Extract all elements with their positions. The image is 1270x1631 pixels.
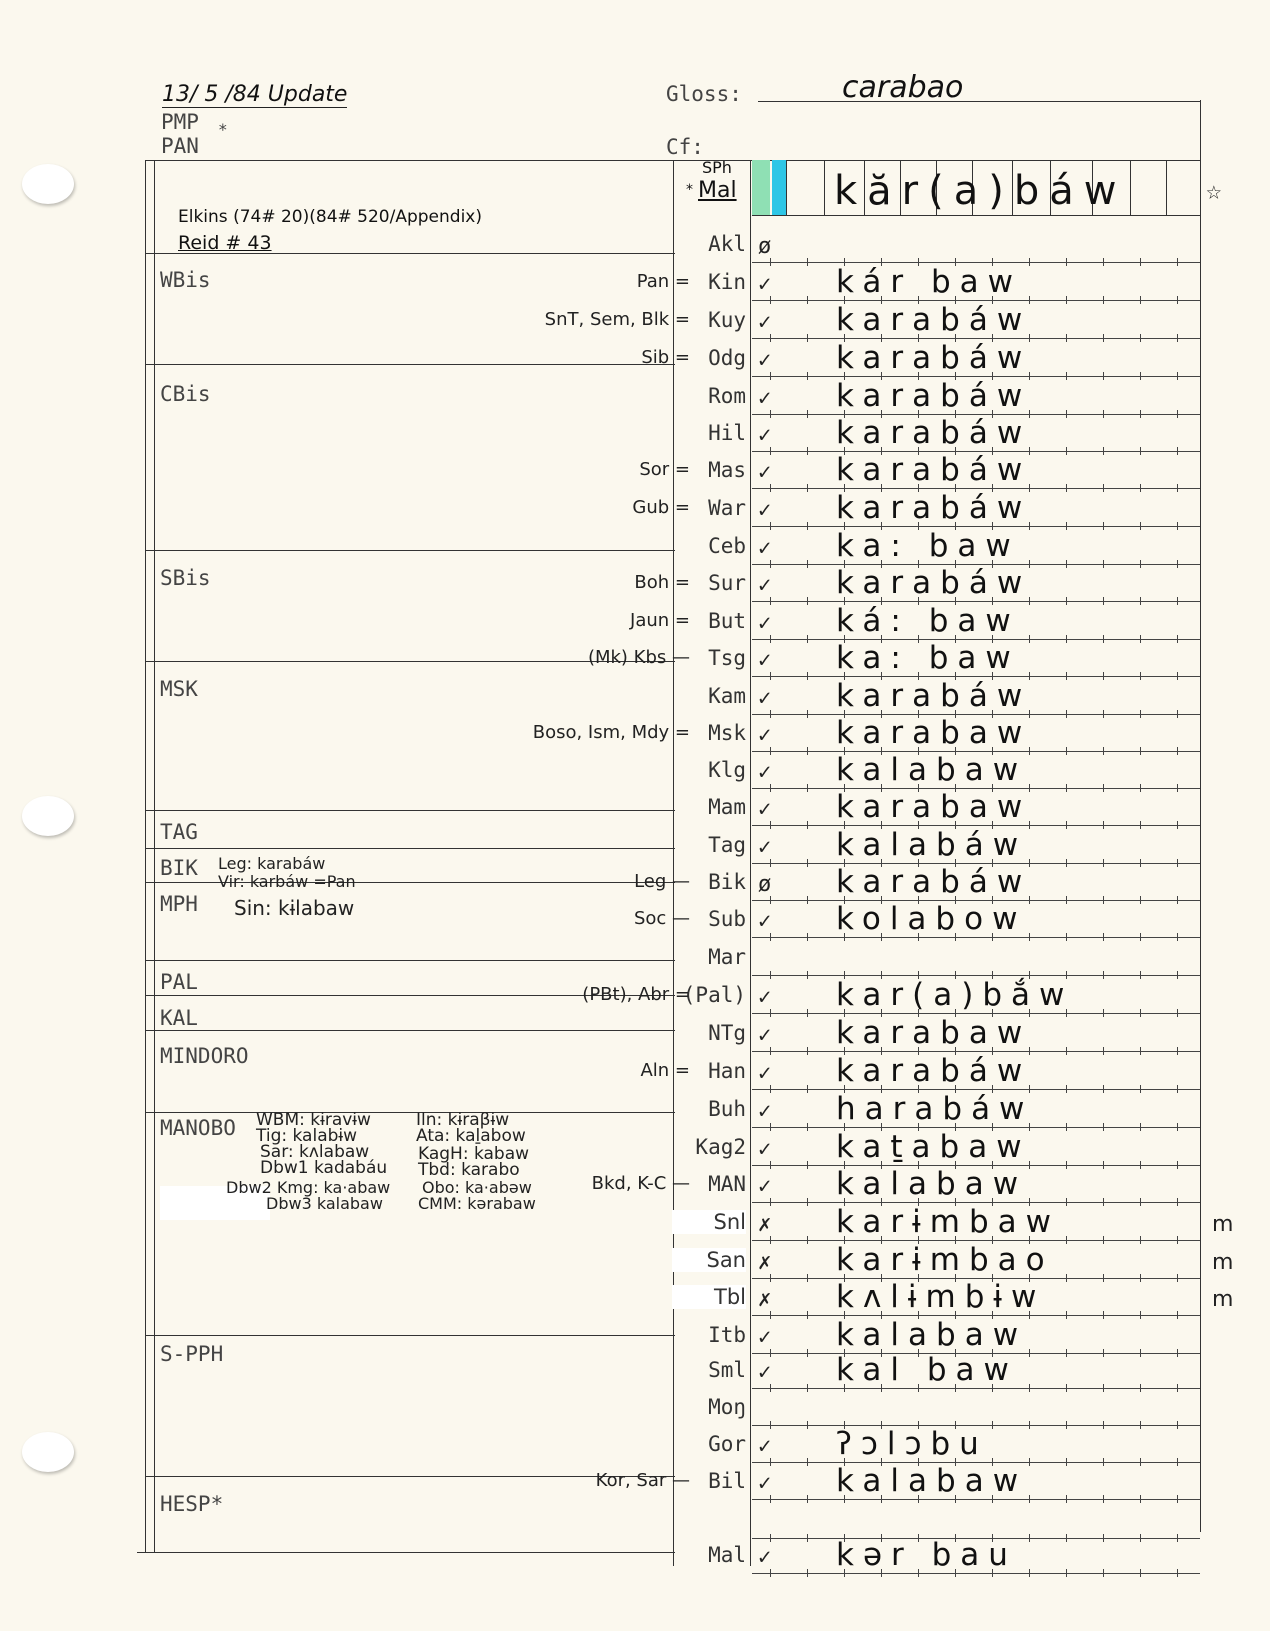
date-note: 13/ 5 /84 Update: [162, 82, 347, 108]
star-icon: ☆: [1206, 176, 1222, 206]
row-tick: [1066, 710, 1067, 718]
manobo-note: Dbw1 kadabáu: [260, 1160, 387, 1176]
row-tick: [770, 1495, 771, 1503]
reflex-form: ka: baw: [836, 528, 1020, 564]
check-icon: ✓: [758, 348, 771, 373]
frame-line: [1200, 100, 1201, 1532]
row-tick: [1140, 296, 1141, 304]
reflex-form: kalabaw: [836, 1463, 1027, 1499]
group-label: HESP*: [160, 1492, 223, 1516]
row-tick: [1103, 1534, 1104, 1542]
row-tick: [1066, 1495, 1067, 1503]
row-tick: [1103, 971, 1104, 979]
language-code: Hil: [672, 421, 746, 445]
row-baseline: [752, 825, 1200, 826]
row-tick: [1177, 933, 1178, 941]
row-baseline: [752, 676, 1200, 677]
row-tick: [1177, 522, 1178, 530]
row-tick: [1140, 1274, 1141, 1282]
group-label: S-PPH: [160, 1342, 223, 1366]
group-divider: [145, 810, 675, 811]
row-tick: [1103, 296, 1104, 304]
group-divider: [145, 364, 675, 365]
row-tick: [1103, 1274, 1104, 1282]
reflex-form: karabáw: [836, 678, 1031, 714]
row-tick: [1103, 1569, 1104, 1577]
row-tick: [770, 1123, 771, 1131]
row-tick: [1103, 410, 1104, 418]
row-tick: [1066, 821, 1067, 829]
equivalent-languages: Sor =: [639, 459, 690, 480]
row-tick: [1103, 1009, 1104, 1017]
row-tick: [1066, 784, 1067, 792]
row-tick: [1140, 747, 1141, 755]
check-icon: ✓: [758, 1325, 771, 1350]
check-icon: ✓: [758, 1434, 771, 1459]
row-tick: [807, 1161, 808, 1169]
row-tick: [1066, 1123, 1067, 1131]
group-label: MANOBO: [160, 1116, 236, 1140]
check-icon: ✓: [758, 573, 771, 598]
row-tick: [807, 1349, 808, 1357]
row-tick: [1066, 1349, 1067, 1357]
equivalent-languages: Pan =: [637, 271, 690, 292]
group-label: BIK: [160, 856, 198, 880]
pmp-label: PMP: [161, 110, 199, 134]
row-tick: [1140, 1349, 1141, 1357]
row-tick: [770, 334, 771, 342]
reflex-form: kal baw: [836, 1352, 1018, 1388]
row-tick: [807, 372, 808, 380]
row-tick: [807, 1198, 808, 1206]
highlight-green: [752, 160, 770, 215]
row-tick: [770, 710, 771, 718]
row-tick: [807, 1085, 808, 1093]
row-tick: [1066, 896, 1067, 904]
reflex-form: kalabaw: [836, 1166, 1027, 1202]
reflex-form: karɨmbaw: [836, 1204, 1060, 1240]
row-tick: [1140, 410, 1141, 418]
row-tick: [1103, 859, 1104, 867]
row-tick: [1177, 635, 1178, 643]
row-tick: [1140, 859, 1141, 867]
row-tick: [1140, 933, 1141, 941]
row-tick: [1177, 747, 1178, 755]
highlight-cyan: [772, 160, 786, 215]
check-icon: ✓: [758, 686, 771, 711]
binder-hole: [22, 1432, 74, 1472]
frame-line: [673, 160, 674, 1566]
group-divider: [145, 1030, 675, 1031]
language-code: Kam: [672, 684, 746, 708]
asterisk: *: [218, 120, 228, 139]
row-tick: [1066, 447, 1067, 455]
row-tick: [807, 1047, 808, 1055]
row-tick: [1029, 1534, 1030, 1542]
language-code: Rom: [672, 384, 746, 408]
row-tick: [807, 296, 808, 304]
row-tick: [807, 1236, 808, 1244]
row-tick: [1066, 1384, 1067, 1392]
row-tick: [1066, 1236, 1067, 1244]
row-tick: [770, 1161, 771, 1169]
check-icon: ✓: [758, 985, 771, 1010]
equivalent-languages: Bkd, K-C —: [592, 1173, 690, 1194]
row-tick: [1140, 597, 1141, 605]
group-label: MSK: [160, 677, 198, 701]
row-tick: [807, 484, 808, 492]
gloss-label: Gloss:: [666, 82, 742, 106]
row-tick: [1103, 1495, 1104, 1503]
reflex-form: karabaw: [836, 715, 1031, 751]
row-tick: [807, 1274, 808, 1282]
row-tick: [807, 1384, 808, 1392]
language-code: San: [672, 1248, 746, 1272]
row-tick: [1177, 1569, 1178, 1577]
row-tick: [1140, 1569, 1141, 1577]
row-tick: [770, 484, 771, 492]
row-tick: [770, 522, 771, 530]
row-tick: [807, 1569, 808, 1577]
proto-form: kăr(a)báw: [834, 168, 1126, 214]
row-tick: [1177, 1198, 1178, 1206]
row-tick: [1177, 372, 1178, 380]
check-icon: ✓: [758, 1174, 771, 1199]
row-tick: [1029, 1495, 1030, 1503]
proto-marker: *: [686, 182, 693, 198]
row-tick: [1177, 1236, 1178, 1244]
equivalent-languages: Boh =: [634, 572, 690, 593]
language-code: Mar: [672, 945, 746, 969]
row-tick: [1066, 747, 1067, 755]
row-tick: [1140, 1421, 1141, 1429]
proto-cell-divider: [786, 160, 787, 216]
row-tick: [770, 372, 771, 380]
row-tick: [1066, 635, 1067, 643]
check-icon: ✓: [758, 835, 771, 860]
row-tick: [1066, 1085, 1067, 1093]
row-tick: [1177, 1495, 1178, 1503]
row-tick: [1177, 1085, 1178, 1093]
group-label: MPH: [160, 892, 198, 916]
row-tick: [770, 1085, 771, 1093]
row-tick: [807, 784, 808, 792]
row-tick: [770, 1384, 771, 1392]
reflex-form: kər bau: [836, 1537, 1017, 1573]
proto-cell-divider: [1166, 160, 1167, 216]
row-tick: [1029, 1421, 1030, 1429]
row-tick: [770, 1349, 771, 1357]
row-tick: [770, 410, 771, 418]
row-tick: [1103, 1161, 1104, 1169]
row-baseline: [752, 1127, 1200, 1128]
frame-line: [154, 160, 155, 1552]
row-tick: [770, 933, 771, 941]
row-tick: [1029, 1458, 1030, 1466]
row-tick: [770, 635, 771, 643]
row-baseline: [752, 1089, 1200, 1090]
check-icon: ✓: [758, 1023, 771, 1048]
row-tick: [770, 1274, 771, 1282]
row-tick: [770, 971, 771, 979]
row-tick: [1140, 710, 1141, 718]
row-tick: [807, 971, 808, 979]
row-tick: [1140, 896, 1141, 904]
row-tick: [807, 447, 808, 455]
equivalent-languages: Aln =: [640, 1060, 690, 1081]
row-tick: [1103, 334, 1104, 342]
reflex-form: ʔɔlɔbu: [836, 1426, 988, 1462]
language-code: Mal: [672, 1543, 746, 1567]
row-tick: [1066, 1534, 1067, 1542]
reflex-form: kaṯabaw: [836, 1129, 1031, 1165]
row-tick: [1140, 1495, 1141, 1503]
row-suffix-note: m: [1212, 1250, 1233, 1275]
proto-row-line: [752, 215, 1200, 216]
equivalent-languages: Jaun =: [630, 610, 690, 631]
reflex-form: karabáw: [836, 452, 1031, 488]
row-tick: [807, 710, 808, 718]
row-tick: [1103, 258, 1104, 266]
group-divider: [145, 1112, 675, 1113]
row-baseline: [752, 376, 1200, 377]
row-tick: [1103, 372, 1104, 380]
row-tick: [1140, 447, 1141, 455]
row-tick: [1177, 447, 1178, 455]
check-icon: ✓: [758, 648, 771, 673]
row-tick: [1140, 672, 1141, 680]
row-baseline: [752, 1499, 1200, 1500]
row-tick: [807, 1534, 808, 1542]
row-tick: [1140, 522, 1141, 530]
check-icon: ✓: [758, 310, 771, 335]
equivalent-languages: Leg —: [634, 871, 690, 892]
reflex-form: kár baw: [836, 264, 1022, 300]
row-tick: [1140, 1123, 1141, 1131]
row-tick: [1177, 971, 1178, 979]
row-tick: [1103, 1384, 1104, 1392]
row-tick: [1140, 1534, 1141, 1542]
row-suffix-note: m: [1212, 1287, 1233, 1312]
row-tick: [1103, 747, 1104, 755]
row-tick: [807, 1458, 808, 1466]
equivalent-languages: Soc —: [634, 908, 690, 929]
row-tick: [1177, 1384, 1178, 1392]
row-tick: [1103, 447, 1104, 455]
pan-label: PAN: [161, 134, 199, 158]
language-code: NTg: [672, 1021, 746, 1045]
row-tick: [770, 1198, 771, 1206]
check-icon: ✓: [758, 460, 771, 485]
row-tick: [1140, 1161, 1141, 1169]
check-icon: ✓: [758, 498, 771, 523]
group-divider: [145, 848, 675, 849]
row-tick: [1103, 484, 1104, 492]
language-code: Itb: [672, 1323, 746, 1347]
bik-note-vir: Vir: karbáw =Pan: [218, 874, 356, 890]
equivalent-languages: (PBt), Abr =: [582, 984, 690, 1005]
row-tick: [1177, 1274, 1178, 1282]
row-tick: [807, 821, 808, 829]
row-tick: [1140, 1198, 1141, 1206]
language-code: Mam: [672, 795, 746, 819]
reflex-form: karɨmbao: [836, 1242, 1054, 1278]
language-code: Kag2: [672, 1135, 746, 1159]
frame-line: [137, 1552, 675, 1553]
reflex-form: kalabaw: [836, 752, 1027, 788]
row-tick: [1066, 859, 1067, 867]
row-tick: [770, 1047, 771, 1055]
row-tick: [1177, 821, 1178, 829]
row-tick: [770, 1236, 771, 1244]
row-tick: [1177, 560, 1178, 568]
row-tick: [1140, 484, 1141, 492]
row-suffix-note: m: [1212, 1212, 1233, 1237]
reference-elkins: Elkins (74# 20)(84# 520/Appendix): [178, 207, 482, 227]
cross-check-icon: ✗: [758, 1250, 771, 1275]
reflex-form: karabáw: [836, 864, 1031, 900]
row-tick: [1066, 296, 1067, 304]
language-code: Tbl: [672, 1285, 746, 1309]
row-tick: [1140, 1236, 1141, 1244]
row-tick: [1103, 597, 1104, 605]
reflex-form: karabáw: [836, 302, 1031, 338]
reflex-form: karabáw: [836, 415, 1031, 451]
row-baseline: [752, 300, 1200, 301]
row-tick: [1029, 635, 1030, 643]
reflex-form: ka: baw: [836, 640, 1020, 676]
binder-hole: [22, 164, 74, 204]
equivalent-languages: Boso, Ism, Mdy =: [533, 722, 690, 743]
row-tick: [1140, 821, 1141, 829]
row-baseline: [752, 1013, 1200, 1014]
row-tick: [1140, 635, 1141, 643]
row-tick: [1177, 859, 1178, 867]
reflex-form: karabaw: [836, 1015, 1031, 1051]
reflex-form: kar(a)bắw: [836, 977, 1073, 1013]
row-tick: [1066, 1047, 1067, 1055]
check-icon: ✓: [758, 423, 771, 448]
row-tick: [770, 1458, 771, 1466]
manobo-note: Tbd: karabo: [418, 1162, 520, 1178]
check-icon: ✓: [758, 386, 771, 411]
row-tick: [807, 1009, 808, 1017]
row-tick: [1140, 1085, 1141, 1093]
row-baseline: [752, 338, 1200, 339]
row-tick: [807, 1421, 808, 1429]
row-tick: [1066, 1274, 1067, 1282]
check-icon: ✓: [758, 760, 771, 785]
row-baseline: [752, 975, 1200, 976]
row-tick: [1177, 1534, 1178, 1542]
row-tick: [807, 410, 808, 418]
row-tick: [992, 1421, 993, 1429]
row-tick: [1066, 1421, 1067, 1429]
reference-reid: Reid # 43: [178, 232, 272, 254]
row-tick: [1177, 1009, 1178, 1017]
check-icon: ✓: [758, 1099, 771, 1124]
row-tick: [1066, 1569, 1067, 1577]
row-tick: [1103, 896, 1104, 904]
reflex-form: karabáw: [836, 1053, 1031, 1089]
row-tick: [1066, 672, 1067, 680]
check-icon: ✓: [758, 1137, 771, 1162]
check-icon: ✓: [758, 272, 771, 297]
group-label: WBis: [160, 268, 211, 292]
group-label: TAG: [160, 820, 198, 844]
row-tick: [1066, 1458, 1067, 1466]
bik-note-leg: Leg: karabáw: [218, 856, 325, 872]
row-tick: [1029, 258, 1030, 266]
reflex-form: kalabaw: [836, 1317, 1027, 1353]
reflex-form: karabáw: [836, 565, 1031, 601]
row-tick: [1140, 372, 1141, 380]
manobo-note: Dbw3 kalabaw: [266, 1196, 383, 1212]
row-tick: [807, 859, 808, 867]
language-code: Klg: [672, 758, 746, 782]
row-tick: [1177, 896, 1178, 904]
row-tick: [770, 1534, 771, 1542]
row-tick: [1103, 710, 1104, 718]
language-code: Sml: [672, 1358, 746, 1382]
row-tick: [1140, 560, 1141, 568]
group-label: PAL: [160, 970, 198, 994]
row-tick: [1177, 784, 1178, 792]
row-tick: [1177, 258, 1178, 266]
reflex-form: harabáw: [836, 1091, 1033, 1127]
row-tick: [807, 933, 808, 941]
equivalent-languages: Sib =: [641, 347, 690, 368]
reflex-form: kolabow: [836, 901, 1026, 937]
check-icon: ✓: [758, 797, 771, 822]
group-divider: [145, 1335, 675, 1336]
row-tick: [1103, 1123, 1104, 1131]
row-tick: [770, 258, 771, 266]
row-tick: [770, 896, 771, 904]
gloss-value: carabao: [842, 70, 963, 105]
row-baseline: [752, 262, 1200, 263]
proto-label-sph: SPh: [702, 158, 732, 177]
reflex-form: karabáw: [836, 340, 1031, 376]
row-tick: [770, 597, 771, 605]
row-tick: [1029, 1349, 1030, 1357]
reflex-form: karabáw: [836, 490, 1031, 526]
reflex-form: kalabáw: [836, 827, 1027, 863]
row-tick: [807, 597, 808, 605]
group-divider: [145, 960, 675, 961]
cross-check-icon: ✗: [758, 1287, 771, 1312]
row-tick: [1140, 1009, 1141, 1017]
row-tick: [807, 1311, 808, 1319]
check-icon: ✓: [758, 1360, 771, 1385]
row-baseline: [752, 937, 1200, 938]
row-tick: [770, 1311, 771, 1319]
row-tick: [1103, 1349, 1104, 1357]
cf-label: Cf:: [666, 135, 704, 159]
group-label: CBis: [160, 382, 211, 406]
frame-line: [145, 160, 146, 1552]
row-tick: [770, 560, 771, 568]
manobo-note: CMM: kərabaw: [418, 1196, 536, 1212]
proto-label-mal: Mal: [698, 178, 737, 203]
row-tick: [1029, 1569, 1030, 1577]
row-tick: [1103, 933, 1104, 941]
row-baseline: [752, 1573, 1200, 1574]
row-tick: [1177, 1047, 1178, 1055]
equivalent-languages: Kor, Sar —: [596, 1470, 690, 1491]
row-tick: [1177, 1161, 1178, 1169]
group-label: SBis: [160, 566, 211, 590]
